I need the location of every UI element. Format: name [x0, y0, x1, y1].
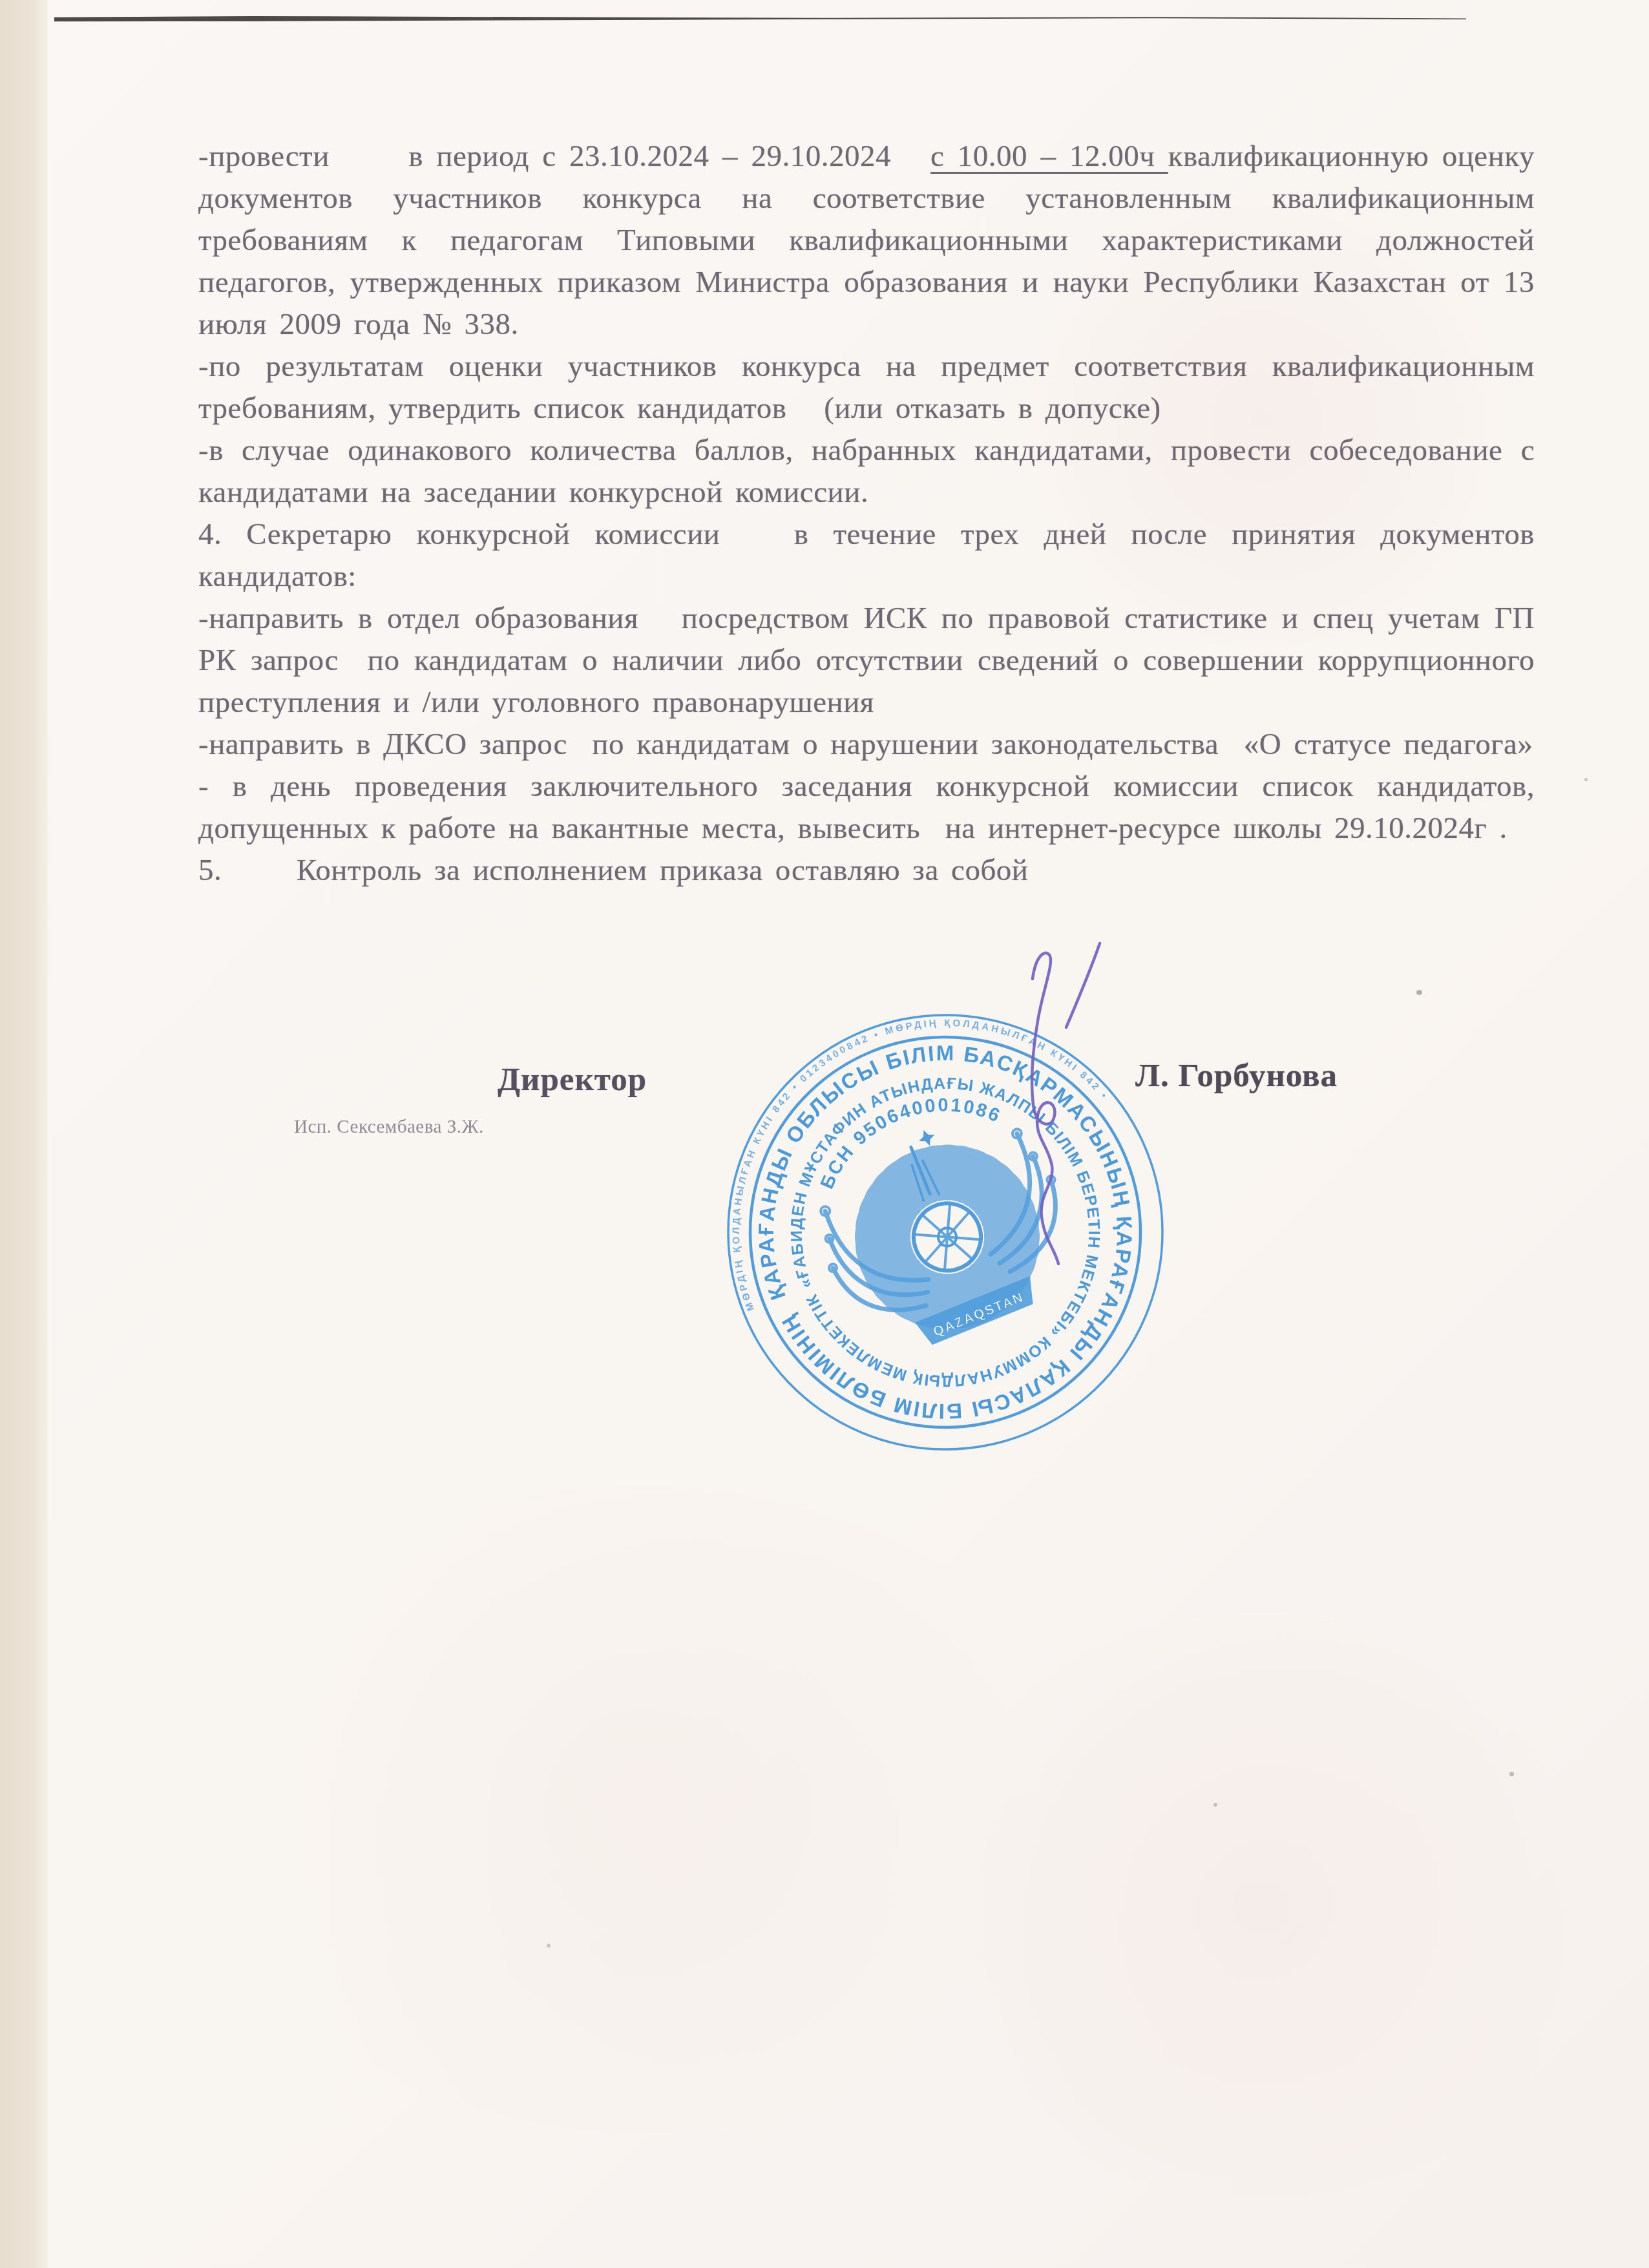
paragraph-item-5-control: 5. Контроль за исполнением приказа остав…: [198, 850, 1535, 892]
scan-mottle: [905, 1615, 1615, 2197]
paragraph-provesti: -провести в период с 23.10.2024 – 29.10.…: [198, 136, 1535, 346]
executor-note: Исп. Сексембаева З.Ж.: [294, 1117, 484, 1138]
director-title: Директор: [498, 1061, 647, 1098]
underlined-time-range: с 10.00 – 12.00ч: [930, 140, 1168, 173]
scan-speck: [547, 1944, 551, 1948]
scan-speck: [1584, 778, 1588, 781]
scan-speck: [1509, 1772, 1514, 1776]
signature-slash-stroke: [1066, 943, 1100, 1027]
paragraph-item-4: 4. Секретарю конкурсной комиссии в течен…: [198, 514, 1535, 598]
scan-artifact-line: [54, 16, 1466, 22]
paragraph-napravit-isk: -направить в отдел образования посредств…: [198, 598, 1535, 724]
handwritten-signature: [963, 918, 1157, 1305]
document-body: -провести в период с 23.10.2024 – 29.10.…: [198, 136, 1535, 892]
scanned-document-page: -провести в период с 23.10.2024 – 29.10.…: [0, 0, 1649, 2268]
scan-edge-left: [0, 0, 48, 2268]
scan-speck: [1213, 1803, 1217, 1807]
paragraph-po-rezultatam: -по результатам оценки участников конкур…: [198, 346, 1535, 430]
scan-mottle: [194, 1486, 1098, 2132]
paragraph-text: -провести в период с 23.10.2024 – 29.10.…: [198, 140, 930, 173]
scan-speck: [1416, 990, 1422, 995]
paragraph-v-sluchae: -в случае одинакового количества баллов,…: [198, 430, 1535, 514]
signature-main-stroke: [1032, 953, 1058, 1264]
paragraph-napravit-dkso: -направить в ДКСО запрос по кандидатам о…: [198, 724, 1535, 766]
paragraph-v-den: - в день проведения заключительного засе…: [198, 766, 1535, 850]
